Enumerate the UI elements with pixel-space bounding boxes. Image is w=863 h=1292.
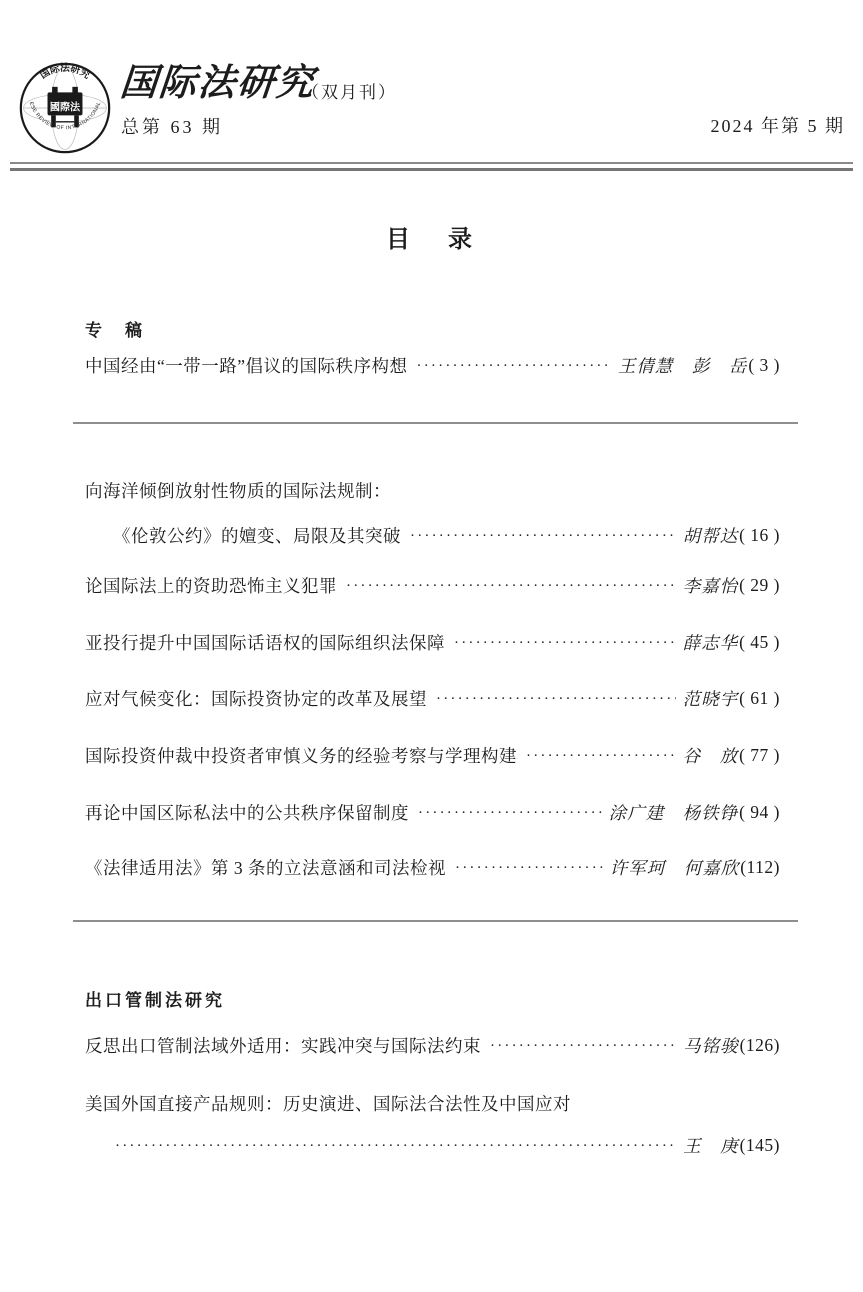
article-authors: 涂广建 杨铁铮	[609, 800, 739, 825]
article-page-number: (112)	[740, 857, 780, 878]
dot-leader: ········································…	[418, 804, 602, 821]
journal-toc-page: 国际法研究 CHINESE REVIEW OF INTERNATIONAL LA…	[0, 0, 863, 1292]
seal-icon: 国际法研究 CHINESE REVIEW OF INTERNATIONAL LA…	[19, 62, 111, 154]
journal-subtitle: （双月刊）	[302, 78, 397, 103]
issue-year-number: 2024 年第 5 期	[711, 112, 846, 138]
article-authors: 许军珂 何嘉欣	[610, 855, 740, 880]
toc-entry: 美国外国直接产品规则：历史演进、国际法合法性及中国应对 ············…	[85, 1082, 780, 1166]
dot-leader: ········································…	[455, 859, 603, 876]
journal-title: 国际法研究	[118, 60, 317, 108]
article-page-number: ( 3 )	[748, 355, 780, 376]
svg-text:国际法研究: 国际法研究	[38, 62, 93, 81]
article-page-number: ( 61 )	[739, 688, 780, 709]
article-page-number: ( 45 )	[739, 632, 780, 653]
article-title: 反思出口管制法域外适用：实践冲突与国际法约束	[85, 1033, 481, 1058]
article-authors: 马铭骏	[683, 1033, 739, 1058]
toc-title: 目 录	[85, 219, 780, 254]
article-title: 《法律适用法》第 3 条的立法意涵和司法检视	[85, 855, 446, 880]
article-title: 应对气候变化：国际投资协定的改革及展望	[85, 686, 427, 711]
toc-entry: 向海洋倾倒放射性物质的国际法规制： 《伦敦公约》的嬗变、局限及其突破 ·····…	[85, 468, 780, 558]
seal-arc-top-text: 国际法研究	[38, 62, 93, 81]
issue-total-number: 总第 63 期	[121, 113, 223, 139]
section-divider-rule	[73, 920, 798, 922]
article-page-number: (145)	[740, 1135, 780, 1156]
article-title: 论国际法上的资助恐怖主义犯罪	[85, 573, 337, 598]
dot-leader: ········································…	[490, 1037, 676, 1054]
article-page-number: ( 77 )	[739, 745, 780, 766]
dot-leader: ········································…	[526, 747, 676, 764]
article-page-number: ( 16 )	[739, 525, 780, 546]
article-page-number: ( 94 )	[739, 802, 780, 823]
article-authors: 范晓宇	[683, 686, 739, 711]
section-heading-export-control: 出口管制法研究	[85, 986, 225, 1011]
article-title: 中国经由“一带一路”倡议的国际秩序构想	[85, 353, 408, 378]
article-title: 再论中国区际私法中的公共秩序保留制度	[85, 800, 409, 825]
article-page-number: (126)	[740, 1035, 780, 1056]
toc-entry: 论国际法上的资助恐怖主义犯罪 ·························…	[85, 565, 780, 605]
article-authors: 王倩慧 彭 岳	[618, 353, 748, 378]
seal-center-text: 國際法	[50, 100, 81, 113]
section-heading-special-feature: 专 稿	[85, 316, 145, 341]
toc-entry: 再论中国区际私法中的公共秩序保留制度 ·····················…	[85, 792, 780, 832]
toc-entry: 《法律适用法》第 3 条的立法意涵和司法检视 ·················…	[85, 847, 780, 887]
article-title: 国际投资仲裁中投资者审慎义务的经验考察与学理构建	[85, 743, 517, 768]
article-authors: 薛志华	[683, 630, 739, 655]
journal-seal-logo: 国际法研究 CHINESE REVIEW OF INTERNATIONAL LA…	[19, 62, 111, 154]
header-double-rule	[10, 162, 853, 171]
article-title-line1: 向海洋倾倒放射性物质的国际法规制：	[85, 478, 391, 503]
article-page-number: ( 29 )	[739, 575, 780, 596]
dot-leader: ········································…	[410, 527, 676, 544]
article-authors: 李嘉怡	[683, 573, 739, 598]
toc-entry: 反思出口管制法域外适用：实践冲突与国际法约束 ·················…	[85, 1025, 780, 1065]
toc-entry: 应对气候变化：国际投资协定的改革及展望 ····················…	[85, 678, 780, 718]
section-divider-rule	[73, 422, 798, 424]
dot-leader: ········································…	[454, 634, 676, 651]
article-authors: 王 庚	[683, 1133, 739, 1158]
article-title-line1: 美国外国直接产品规则：历史演进、国际法合法性及中国应对	[85, 1091, 571, 1116]
article-title: 亚投行提升中国国际话语权的国际组织法保障	[85, 630, 445, 655]
toc-entry: 亚投行提升中国国际话语权的国际组织法保障 ···················…	[85, 622, 780, 662]
dot-leader: ········································…	[436, 690, 676, 707]
article-authors: 谷 放	[683, 743, 739, 768]
toc-entry: 中国经由“一带一路”倡议的国际秩序构想 ····················…	[85, 345, 780, 385]
dot-leader: ········································…	[346, 577, 676, 594]
dot-leader: ········································…	[115, 1137, 676, 1154]
dot-leader: ········································…	[417, 357, 611, 374]
article-authors: 胡帮达	[683, 523, 739, 548]
toc-entry: 国际投资仲裁中投资者审慎义务的经验考察与学理构建 ···············…	[85, 735, 780, 775]
article-title-line2: 《伦敦公约》的嬗变、局限及其突破	[85, 523, 401, 548]
